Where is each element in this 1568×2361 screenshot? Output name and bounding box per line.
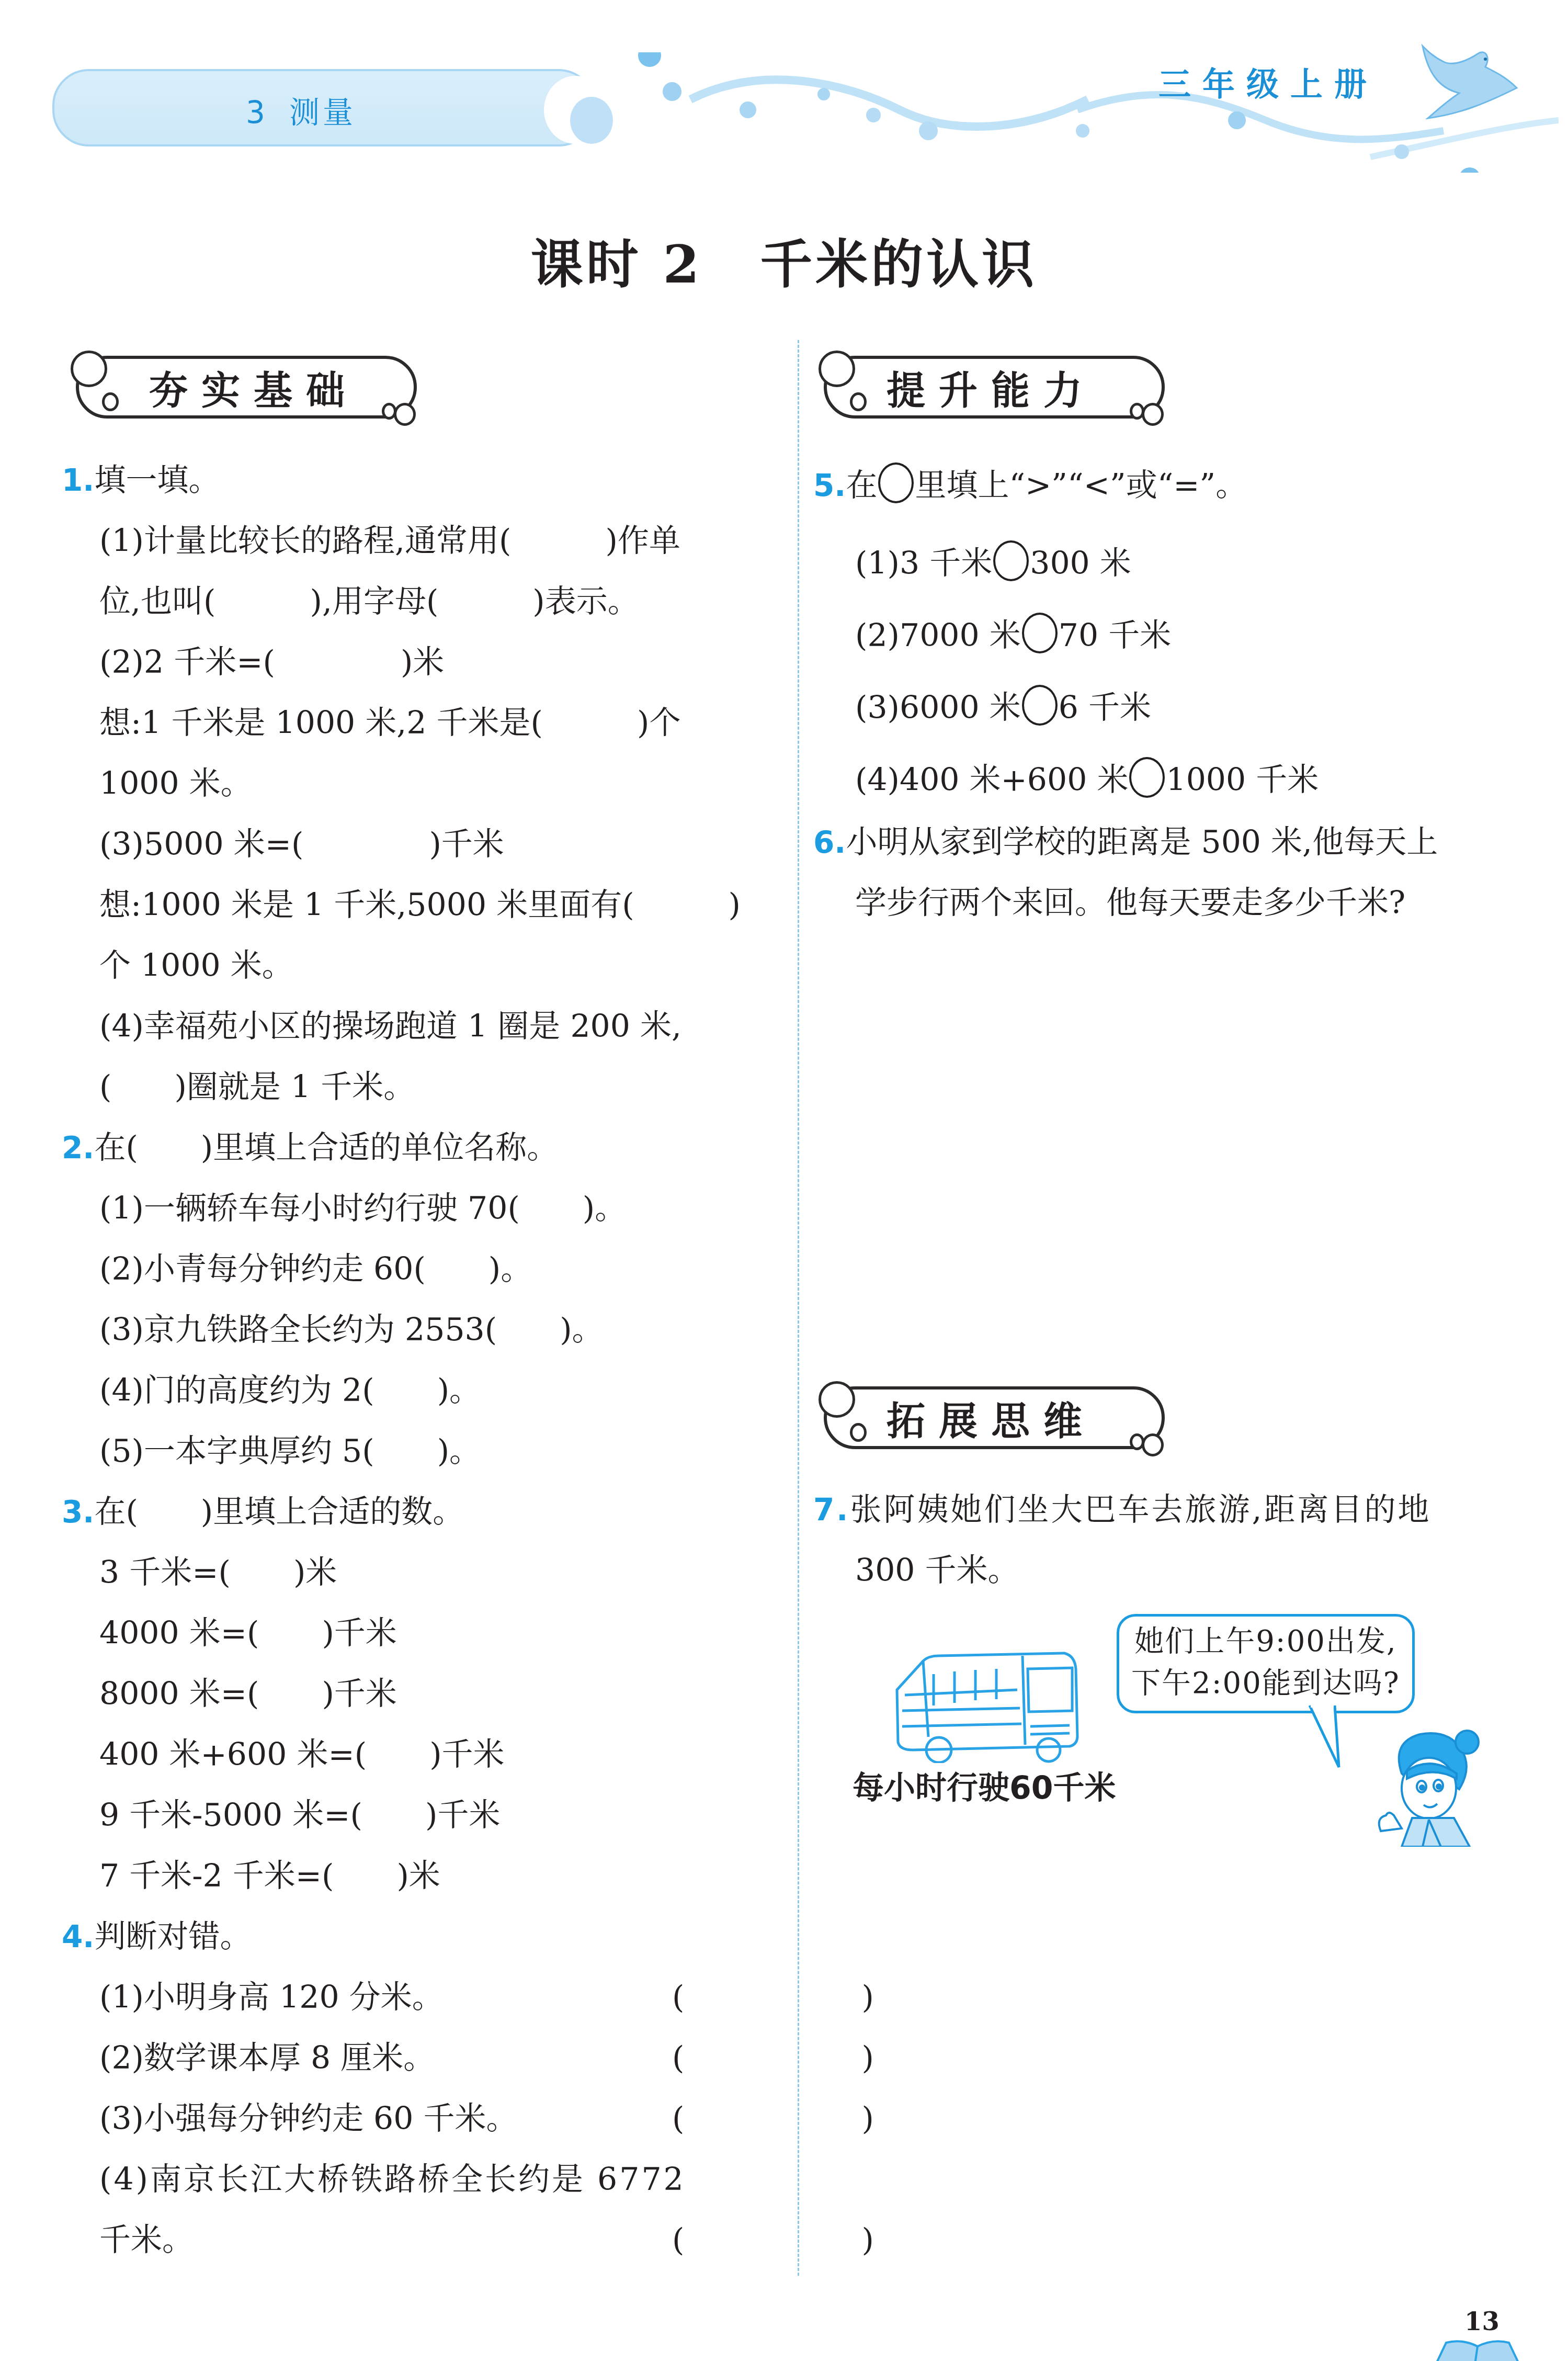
section-title: 夯实基础 [149,360,358,415]
chapter-label: 3测量 [246,88,356,132]
question-number: 3. [62,1494,94,1530]
question-line: (5)一本字典厚约 5( )。 [99,1421,626,1482]
question-line: (3)京九铁路全长约为 2553( )。 [99,1300,626,1360]
compare-circle[interactable] [1129,757,1165,798]
answer-box[interactable]: ( ) [672,2210,958,2270]
item-label: (2) [855,617,900,654]
question-line: 4000 米=( )千米 [99,1603,505,1664]
question-line: ( )圈就是 1 千米。 [99,1057,741,1117]
open-book-icon [1430,2339,1525,2361]
compare-right: 300 米 [1030,545,1131,582]
question-number: 1. [62,462,94,498]
speech-line: 下午2:00能到达吗? [1124,1663,1407,1704]
section-title: 拓展思维 [887,1391,1096,1446]
question-line: 8000 米=( )千米 [99,1664,505,1724]
question-line: (4)幸福苑小区的操场跑道 1 圈是 200 米, [99,996,741,1057]
compare-left: 6000 米 [900,690,1021,726]
compare-item: (2)7000 米70 千米 [855,600,1319,672]
question-prompt: 在( )里填上合适的单位名称。 [94,1129,558,1166]
question-line: (3)小强每分钟约走 60 千米。 [99,2100,517,2137]
item-label: (3) [855,690,900,726]
banner-dot [570,97,613,144]
question-2: 2.在( )里填上合适的单位名称。 [62,1117,558,1178]
speech-text: 她们上午9:00出发, 下午2:00能到达吗? [1124,1621,1407,1704]
compare-right: 6 千米 [1059,690,1151,726]
question-line: 小明从家到学校的距离是 500 米,他每天上 [846,824,1438,861]
question-1-body: (1)计量比较长的路程,通常用( )作单 位,也叫( ),用字母( )表示。 (… [99,511,741,1117]
compare-item: (3)6000 米6 千米 [855,672,1319,744]
question-line: 3 千米=( )米 [99,1542,505,1603]
chapter-number: 3 [246,95,268,130]
lesson-title: 课时 2千米的认识 [0,222,1568,298]
question-3: 3.在( )里填上合适的数。 [62,1482,464,1542]
question-5: 5.在里填上“>”“<”或“=”。 [813,455,1247,516]
question-line: (1)计量比较长的路程,通常用( )作单 [99,511,741,571]
lesson-number: 课时 2 [531,233,702,295]
section-title: 提升能力 [887,360,1096,415]
question-line: 想:1000 米是 1 千米,5000 米里面有( ) [99,875,741,935]
question-line: 个 1000 米。 [99,935,741,996]
compare-item: (4)400 米+600 米1000 千米 [855,744,1319,816]
compare-item: (1)3 千米300 米 [855,527,1319,600]
page-number: 13 [1464,2307,1499,2336]
grade-label: 三年级上册 [1158,59,1378,105]
item-label: (1) [855,545,900,582]
compare-circle[interactable] [1022,685,1058,726]
judge-item: (1)小明身高 120 分米。 ( ) [99,1967,790,2028]
question-line: (4)门的高度约为 2( )。 [99,1360,626,1421]
question-7: 7.张阿姨她们坐大巴车去旅游,距离目的地 [813,1479,1431,1540]
chapter-name: 测量 [289,95,356,130]
question-4-body: (1)小明身高 120 分米。 ( ) (2)数学课本厚 8 厘米。 ( ) (… [99,1967,790,2270]
question-5-body: (1)3 千米300 米 (2)7000 米70 千米 (3)6000 米6 千… [855,527,1319,816]
question-3-body: 3 千米=( )米 4000 米=( )千米 8000 米=( )千米 400 … [99,1542,505,1906]
question-4: 4.判断对错。 [62,1906,251,1967]
question-number: 2. [62,1130,94,1166]
section-badge-advanced: 提升能力 [813,345,1169,421]
speech-bubble-tail-icon [1308,1704,1349,1772]
lesson-topic: 千米的认识 [760,233,1037,295]
compare-right: 1000 千米 [1166,762,1319,798]
answer-box[interactable]: ( ) [672,1967,958,2028]
section-badge-basic: 夯实基础 [65,345,421,421]
question-prompt: 在 [846,467,877,504]
question-line: 7 千米-2 千米=( )米 [99,1846,505,1906]
circle-icon [878,462,914,503]
compare-left: 3 千米 [900,545,992,582]
judge-item: 千米。 ( ) [99,2210,790,2270]
girl-character-icon [1370,1726,1485,1847]
question-number: 6. [813,824,846,860]
question-line: (3)5000 米=( )千米 [99,814,741,875]
question-line: 400 米+600 米=( )千米 [99,1724,505,1785]
question-1: 1.填一填。 [62,450,220,511]
compare-circle[interactable] [1022,613,1058,653]
compare-circle[interactable] [993,540,1029,581]
section-badge-extension: 拓展思维 [813,1376,1169,1452]
question-number: 7. [813,1492,850,1528]
answer-box[interactable]: ( ) [672,2088,958,2149]
question-2-body: (1)一辆轿车每小时约行驶 70( )。 (2)小青每分钟约走 60( )。 (… [99,1178,626,1482]
question-number: 4. [62,1919,94,1955]
question-line: 张阿姨她们坐大巴车去旅游,距离目的地 [850,1492,1431,1528]
question-line: (1)一辆轿车每小时约行驶 70( )。 [99,1178,626,1239]
question-number: 5. [813,468,846,503]
question-line: (1)小明身高 120 分米。 [99,1979,444,2016]
question-line: 想:1 千米是 1000 米,2 千米是( )个 [99,693,741,753]
question-prompt: 里填上“>”“<”或“=”。 [915,467,1247,504]
question-prompt: 在( )里填上合适的数。 [94,1494,464,1530]
question-line: 9 千米-5000 米=( )千米 [99,1785,505,1846]
question-prompt: 填一填。 [94,462,220,499]
question-line: (4)南京长江大桥铁路桥全长约是 6772 [99,2149,790,2210]
question-line: 学步行两个来回。他每天要走多少千米? [855,873,1405,933]
compare-right: 70 千米 [1059,617,1171,654]
bus-caption: 每小时行驶60千米 [853,1763,1116,1808]
question-line: 位,也叫( ),用字母( )表示。 [99,571,741,632]
question-prompt: 判断对错。 [94,1918,251,1955]
question-line: 千米。 [99,2222,194,2258]
bird-icon [1412,41,1527,119]
item-label: (4) [855,762,900,798]
speech-line: 她们上午9:00出发, [1124,1621,1407,1663]
judge-item: (2)数学课本厚 8 厘米。 ( ) [99,2028,790,2088]
question-line: (2)小青每分钟约走 60( )。 [99,1239,626,1300]
question-line: (2)数学课本厚 8 厘米。 [99,2040,435,2076]
judge-item: (3)小强每分钟约走 60 千米。 ( ) [99,2088,790,2149]
question-line: (2)2 千米=( )米 [99,632,741,693]
compare-left: 7000 米 [900,617,1021,654]
question-line: 300 千米。 [855,1540,1019,1601]
compare-left: 400 米+600 米 [900,762,1128,798]
question-6: 6.小明从家到学校的距离是 500 米,他每天上 [813,812,1438,873]
question-line: 1000 米。 [99,753,741,814]
bus-icon [892,1648,1080,1763]
answer-box[interactable]: ( ) [672,2028,958,2088]
